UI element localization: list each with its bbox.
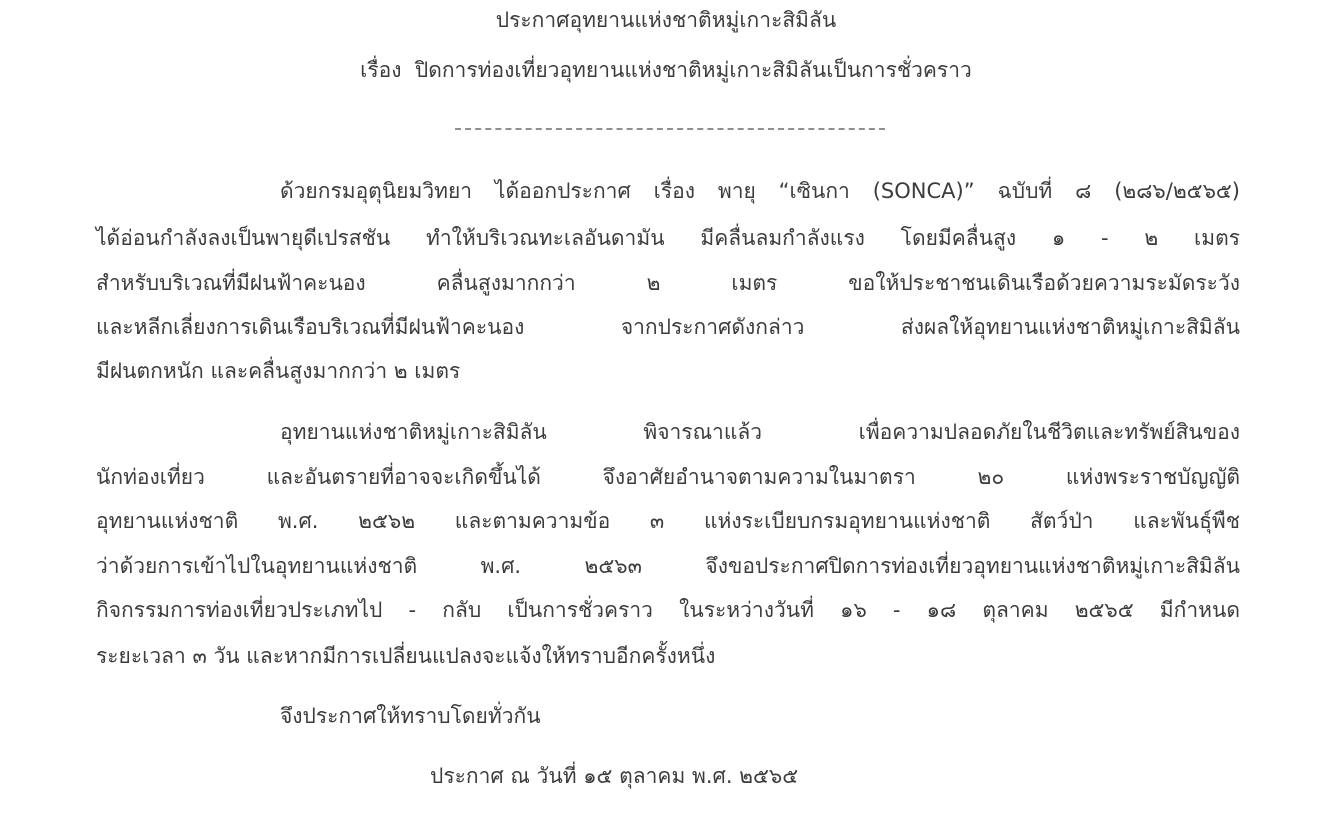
paragraph-line: มีฝนตกหนัก และคลื่นสูงมากกว่า ๒ เมตร <box>96 355 460 387</box>
paragraph-line: อุทยานแห่งชาติหมู่เกาะสิมิลัน พิจารณาแล้… <box>280 416 1240 448</box>
paragraph-line: นักท่องเที่ยว และอันตรายที่อาจจะเกิดขึ้น… <box>96 461 1240 493</box>
announcement-title: ประกาศอุทยานแห่งชาติหมู่เกาะสิมิลัน <box>0 4 1332 36</box>
announcement-date: ประกาศ ณ วันที่ ๑๕ ตุลาคม พ.ศ. ๒๕๖๕ <box>430 760 798 792</box>
dashed-divider <box>455 128 885 130</box>
subject-text: ปิดการท่องเที่ยวอุทยานแห่งชาติหมู่เกาะสิ… <box>415 58 972 82</box>
announcement-subject: เรื่อง ปิดการท่องเที่ยวอุทยานแห่งชาติหมู… <box>0 54 1332 86</box>
paragraph-line: สำหรับบริเวณที่มีฝนฟ้าคะนอง คลื่นสูงมากก… <box>96 267 1240 299</box>
announcement-page: ประกาศอุทยานแห่งชาติหมู่เกาะสิมิลัน เรื่… <box>0 0 1332 817</box>
subject-label: เรื่อง <box>360 58 401 82</box>
paragraph-line: ด้วยกรมอุตุนิยมวิทยา ได้ออกประกาศ เรื่อง… <box>280 175 1240 207</box>
paragraph-line: กิจกรรมการท่องเที่ยวประเภทไป - กลับ เป็น… <box>96 594 1240 626</box>
paragraph-line: ว่าด้วยการเข้าไปในอุทยานแห่งชาติ พ.ศ. ๒๕… <box>96 550 1240 582</box>
paragraph-line: อุทยานแห่งชาติ พ.ศ. ๒๕๖๒ และตามความข้อ ๓… <box>96 505 1240 537</box>
paragraph-line: ระยะเวลา ๓ วัน และหากมีการเปลี่ยนแปลงจะแ… <box>96 640 715 672</box>
paragraph-line: ได้อ่อนกำลังลงเป็นพายุดีเปรสชัน ทำให้บริ… <box>96 222 1240 254</box>
paragraph-line: และหลีกเลี่ยงการเดินเรือบริเวณที่มีฝนฟ้า… <box>96 311 1240 343</box>
closing-statement: จึงประกาศให้ทราบโดยทั่วกัน <box>280 700 541 732</box>
